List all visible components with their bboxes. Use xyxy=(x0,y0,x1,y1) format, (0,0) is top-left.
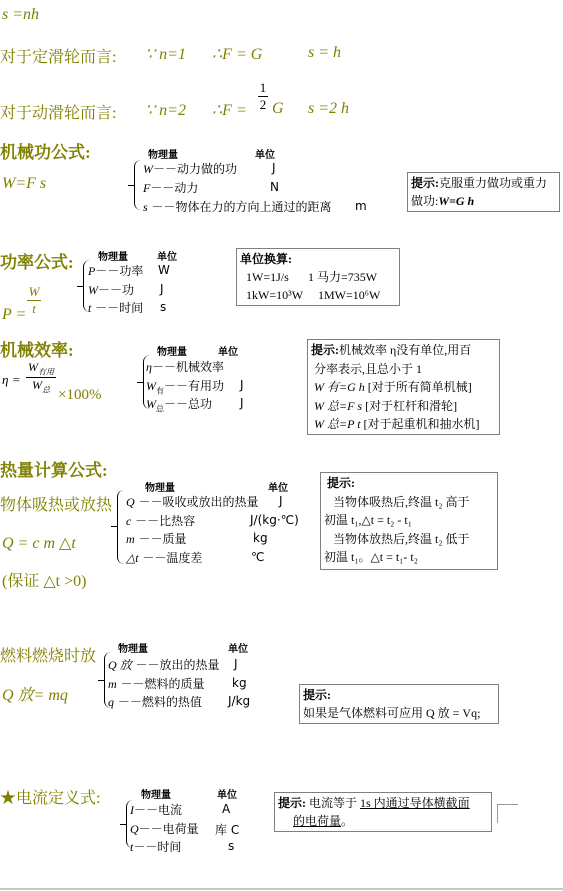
efficiency-col-quantity: 物理量 xyxy=(157,343,187,358)
work-col-unit: 单位 xyxy=(255,146,275,161)
movable-pulley-s: s =2 h xyxy=(308,100,349,118)
power-row-P: P－－功率 xyxy=(88,262,143,279)
current-row-t-unit: s xyxy=(228,839,234,853)
current-brace-tip xyxy=(120,824,126,825)
fuel-col-unit: 单位 xyxy=(228,640,248,655)
power-row-W: W－－功 xyxy=(88,281,134,298)
conversion-w: 1W=1J/s xyxy=(240,268,308,286)
s-equals-nh: s =nh xyxy=(2,6,39,24)
heat-row-c: c －－比热容 xyxy=(126,512,195,529)
heat-label: 物体吸热或放热 xyxy=(0,492,112,515)
heat-col-quantity: 物理量 xyxy=(145,479,175,494)
heat-brace-tip xyxy=(111,526,117,527)
power-row-t-unit: s xyxy=(160,300,166,314)
power-brace-tip xyxy=(77,286,83,287)
current-col-unit: 单位 xyxy=(217,786,237,801)
efficiency-tip-box: 提示:机械效率 η没有单位,用百 分率表示,且总小于 1 W 有=G h [对于… xyxy=(307,339,500,435)
power-col-quantity: 物理量 xyxy=(98,248,128,263)
fraction-denominator: 2 xyxy=(258,97,268,113)
fuel-formula: Q 放= mq xyxy=(2,682,68,705)
power-formula-lhs: P = xyxy=(2,306,26,324)
current-row-I-unit: A xyxy=(222,802,230,816)
page-corner-mark xyxy=(497,804,518,823)
work-row-F: F－－动力 xyxy=(143,179,198,196)
tip-label: 提示: xyxy=(411,176,439,190)
efficiency-eta: η = xyxy=(2,372,20,388)
current-row-t: t－－时间 xyxy=(130,838,181,855)
heat-row-m: m －－质量 xyxy=(126,530,187,547)
current-title: ★电流定义式: xyxy=(0,785,100,808)
efficiency-title: 机械效率: xyxy=(0,336,74,361)
fuel-row-m: m －－燃料的质量 xyxy=(108,675,205,692)
fixed-pulley-s: s = h xyxy=(308,44,341,62)
power-row-P-unit: W xyxy=(158,263,170,277)
power-col-unit: 单位 xyxy=(157,248,177,263)
current-col-quantity: 物理量 xyxy=(141,786,171,801)
current-row-Q-unit: 库 C xyxy=(215,821,239,838)
efficiency-row-useful: W有－－有用功 xyxy=(146,377,224,396)
fuel-brace-tip xyxy=(98,680,104,681)
fuel-tip-box: 提示: 如果是气体燃料可应用 Q 放 = Vq; xyxy=(299,684,499,724)
work-tip-box: 提示:克服重力做功或重力 做功:W=G h xyxy=(407,172,560,212)
work-brace-tip xyxy=(128,185,134,186)
unit-conversion-box: 单位换算: 1W=1J/s1 马力=735W 1kW=10³W1MW=10⁶W xyxy=(236,248,400,306)
tip-label: 提示: xyxy=(303,688,331,702)
work-row-W-unit: J xyxy=(272,161,276,175)
efficiency-col-unit: 单位 xyxy=(218,343,238,358)
tip-label: 提示: xyxy=(278,796,306,810)
power-row-t: t －－时间 xyxy=(88,299,143,316)
movable-pulley-G: G xyxy=(272,100,284,118)
efficiency-fraction: W有用 W总 xyxy=(26,360,56,396)
heat-row-dt-unit: ℃ xyxy=(251,550,264,564)
work-col-quantity: 物理量 xyxy=(148,146,178,161)
tip-formula: W=G h xyxy=(438,194,474,208)
heat-tip-box: 提示: 当物体吸热后,终温 t₂ 高于 初温 t₁,△t = t₂ - t₁ 当… xyxy=(320,472,498,570)
work-title: 机械功公式: xyxy=(0,138,91,163)
fuel-row-Q-unit: J xyxy=(234,657,238,671)
tip-label: 提示: xyxy=(327,476,355,490)
conversion-kw: 1kW=10³W xyxy=(240,286,318,304)
half-fraction: 1 2 xyxy=(258,80,268,113)
work-brace xyxy=(134,160,141,210)
heat-row-Q-unit: J xyxy=(279,494,283,508)
work-row-F-unit: N xyxy=(270,180,279,194)
fuel-label: 燃料燃烧时放 xyxy=(0,643,96,666)
fixed-pulley-label: 对于定滑轮而言: xyxy=(0,44,116,67)
heat-row-Q: Q －－吸收或放出的热量 xyxy=(126,493,259,510)
heat-row-c-unit: J/(kg·℃) xyxy=(250,513,299,527)
fuel-col-quantity: 物理量 xyxy=(118,640,148,655)
fixed-pulley-because: ∵ n=1 xyxy=(145,44,186,64)
fuel-row-Q: Q 放 －－放出的热量 xyxy=(108,656,220,673)
efficiency-row-total: W总－－总功 xyxy=(146,395,212,414)
work-formula: W=F s xyxy=(2,175,46,193)
efficiency-times-100: ×100% xyxy=(58,387,101,404)
heat-row-m-unit: kg xyxy=(253,531,268,545)
fixed-pulley-therefore: ∴F = G xyxy=(212,44,262,64)
efficiency-row-eta: η－－机械效率 xyxy=(146,358,224,375)
conversion-title: 单位换算: xyxy=(240,252,292,266)
page-bottom-rule xyxy=(0,888,563,890)
movable-pulley-label: 对于动滑轮而言: xyxy=(0,100,116,123)
heat-row-dt: △t －－温度差 xyxy=(126,549,202,566)
current-tip-box: 提示: 电流等于 1s 内通过导体横截面 的电荷量。 xyxy=(274,792,492,832)
heat-title: 热量计算公式: xyxy=(0,456,108,481)
power-row-W-unit: J xyxy=(160,282,164,296)
current-row-Q: Q－－电荷量 xyxy=(130,820,199,837)
efficiency-brace-tip xyxy=(137,382,143,383)
efficiency-row-total-unit: J xyxy=(240,396,244,410)
heat-col-unit: 单位 xyxy=(268,479,288,494)
tip-label: 提示: xyxy=(311,343,339,357)
heat-formula: Q = c m △t xyxy=(2,533,76,553)
efficiency-row-useful-unit: J xyxy=(240,378,244,392)
power-fraction: W t xyxy=(27,284,41,317)
fuel-row-q-unit: J/kg xyxy=(228,694,250,708)
fuel-row-q: q －－燃料的热值 xyxy=(108,693,202,710)
work-row-W: W－－动力做的功 xyxy=(143,160,237,177)
fraction-numerator: 1 xyxy=(258,80,268,97)
work-row-s: s －－物体在力的方向上通过的距离 xyxy=(143,198,332,215)
movable-pulley-because: ∵ n=2 xyxy=(145,100,186,120)
conversion-mw: 1MW=10⁶W xyxy=(318,288,380,302)
work-row-s-unit: m xyxy=(355,199,367,213)
conversion-horsepower: 1 马力=735W xyxy=(308,270,377,284)
movable-pulley-therefore: ∴F = xyxy=(212,100,247,120)
heat-condition: (保证 △t >0) xyxy=(2,568,86,591)
heat-brace xyxy=(117,490,124,564)
fuel-row-m-unit: kg xyxy=(232,676,247,690)
power-title: 功率公式: xyxy=(0,248,74,273)
current-row-I: I－－电流 xyxy=(130,801,182,818)
